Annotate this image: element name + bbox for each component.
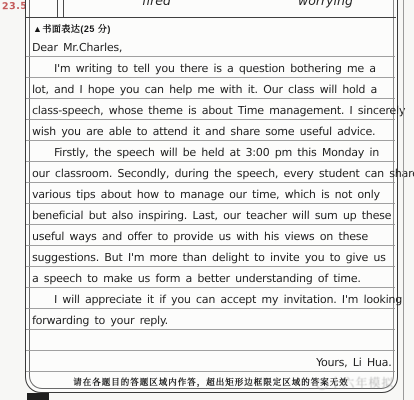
divider-line	[63, 0, 64, 18]
essay-line: forwarding to your reply.	[32, 313, 168, 329]
rule-line	[26, 224, 395, 225]
rule-line	[26, 203, 395, 204]
rule-line	[26, 308, 395, 309]
signature: Yours, Li Hua.	[316, 355, 392, 371]
section-separator	[26, 17, 396, 18]
watermark-logo-icon: ◯	[316, 378, 329, 390]
divider-line	[57, 0, 58, 18]
rule-line	[26, 77, 395, 78]
rule-line	[26, 140, 395, 141]
previous-answer-word: worrying	[298, 0, 353, 8]
rule-line	[26, 98, 395, 99]
rule-line	[26, 287, 395, 288]
watermark: ◯十六年模拟	[316, 374, 394, 391]
essay-line: I'm writing to tell you there is a quest…	[54, 61, 376, 77]
section-header: ▲书面表达(25 分)	[33, 22, 111, 35]
essay-line: lot, and I hope you can help me with it.…	[32, 82, 377, 98]
essay-line: wish you are able to attend it and share…	[32, 124, 376, 140]
watermark-text: 十六年模拟	[329, 376, 394, 390]
rule-line	[26, 56, 395, 57]
salutation: Dear Mr.Charles,	[32, 40, 123, 56]
rule-line	[26, 119, 395, 120]
rule-line	[26, 266, 395, 267]
essay-line: useful ways and offer to provide us with…	[32, 229, 368, 245]
essay-line: Firstly, the speech will be held at 3:00…	[54, 145, 379, 161]
essay-line: I will appreciate it if you can accept m…	[54, 292, 402, 308]
score-mark: 23.5	[2, 1, 28, 12]
rule-line	[26, 245, 395, 246]
essay-line: a speech to make us form a better unders…	[32, 271, 361, 287]
essay-line: various tips about how to manage our tim…	[32, 187, 380, 203]
corner-block	[27, 393, 49, 400]
page-edge-line	[403, 0, 404, 400]
essay-line: suggestions. But I'm more than delight t…	[32, 250, 386, 266]
rule-line	[26, 182, 395, 183]
rule-line	[26, 371, 395, 372]
essay-line: our classroom. Secondly, during the spee…	[32, 166, 414, 182]
previous-answer-word: fired	[142, 0, 171, 8]
rule-line	[26, 329, 395, 330]
rule-line	[26, 161, 395, 162]
essay-line: class-speech, whose theme is about Time …	[32, 103, 405, 119]
scanned-answer-sheet: 23.5 fired worrying ▲书面表达(25 分) Dear Mr.…	[0, 0, 414, 400]
rule-line	[26, 350, 395, 351]
essay-line: beneficial but also inspiring. Last, our…	[32, 208, 392, 224]
